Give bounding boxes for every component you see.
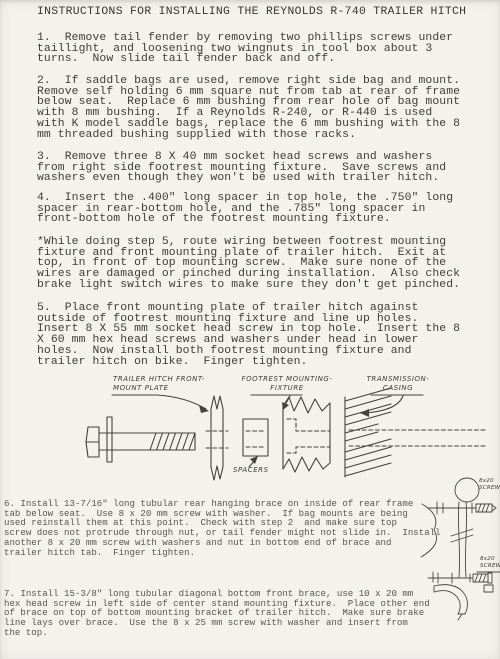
step-5-paragraph: 5. Place front mounting plate of trailer… <box>37 303 460 367</box>
label-spacers: SPACERS <box>233 466 269 475</box>
step-6-paragraph: 6. Install 13-7/16" long tubular rear ha… <box>4 499 441 557</box>
step-4-paragraph: 4. Insert the .400" long spacer in top h… <box>37 193 453 225</box>
bolt-sketch <box>86 417 195 462</box>
label-transmission-casing: TRANSMISSION- CASING <box>362 375 434 392</box>
label-trailer-hitch-front-mount-plate: TRAILER HITCH FRONT- MOUNT PLATE <box>113 375 205 392</box>
page-title: INSTRUCTIONS FOR INSTALLING THE REYNOLDS… <box>37 7 466 18</box>
step-3-paragraph: 3. Remove three 8 X 40 mm socket head sc… <box>37 152 446 184</box>
transmission-casing-sketch <box>345 388 486 477</box>
diagram-leader-lines <box>112 395 423 417</box>
step-7-paragraph: 7. Install 15-3/8" long tubular diagonal… <box>4 589 430 638</box>
step-2-paragraph: 2. If saddle bags are used, remove right… <box>37 76 460 140</box>
mount-plate-sketch <box>206 396 228 480</box>
step-1-paragraph: 1. Remove tail fender by removing two ph… <box>37 33 453 65</box>
scanned-instruction-sheet: INSTRUCTIONS FOR INSTALLING THE REYNOLDS… <box>0 0 500 659</box>
wiring-note-paragraph: *While doing step 5, route wiring betwee… <box>37 237 460 291</box>
label-footrest-mounting-fixture: FOOTREST MOUNTING- FIXTURE <box>236 375 338 392</box>
spacers-sketch <box>243 419 268 467</box>
footrest-fixture-sketch <box>283 397 330 472</box>
label-top-screw-size: 8x20 SCREW <box>479 478 500 491</box>
label-bottom-screw-size: 8x20 SCREW <box>480 556 500 569</box>
